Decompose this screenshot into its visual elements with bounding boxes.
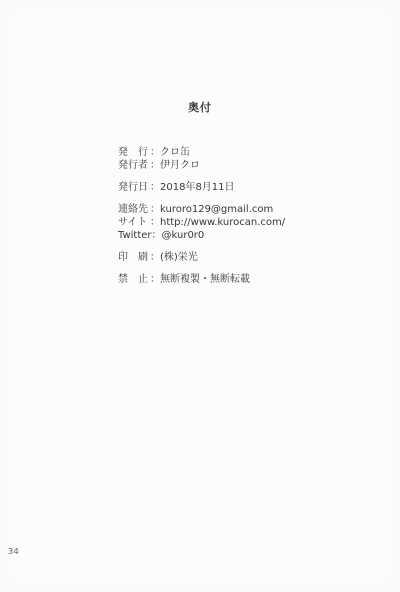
entry-label: サイト: [118, 216, 150, 229]
entry-label: 連絡先: [118, 203, 150, 216]
entry-value: 2018年8月11日: [160, 181, 235, 194]
entry-value: (株)栄光: [160, 251, 198, 264]
entry-separator: ：: [152, 229, 162, 242]
colophon-row-twitter: Twitter ： @kur0r0: [118, 229, 285, 242]
entry-value: クロ缶: [160, 146, 190, 159]
entry-separator: ：: [150, 203, 160, 216]
colophon-row-printer: 印 刷 ： (株)栄光: [118, 251, 285, 264]
colophon-row-publish-date: 発行日 ： 2018年8月11日: [118, 181, 285, 194]
entry-separator: ：: [150, 146, 160, 159]
entry-label: 発行者: [118, 159, 150, 172]
colophon-row-website: サイト ： http://www.kurocan.com/: [118, 216, 285, 229]
colophon-row-author: 発行者 ： 伊月クロ: [118, 159, 285, 172]
page-title: 奥付: [0, 99, 400, 115]
colophon-page: 奥付 発 行 ： クロ缶 発行者 ： 伊月クロ 発行日 ： 2018年8月11日…: [0, 0, 400, 592]
page-number: 34: [8, 547, 19, 556]
entry-value: 伊月クロ: [160, 159, 200, 172]
entry-separator: ：: [150, 251, 160, 264]
entry-value: kuroro129@gmail.com: [160, 203, 273, 216]
colophon-block: 発 行 ： クロ缶 発行者 ： 伊月クロ 発行日 ： 2018年8月11日 連絡…: [118, 146, 285, 286]
entry-value: http://www.kurocan.com/: [160, 216, 285, 229]
colophon-row-prohibition: 禁 止 ： 無断複製・無断転載: [118, 273, 285, 286]
colophon-row-contact-email: 連絡先 ： kuroro129@gmail.com: [118, 203, 285, 216]
entry-label: 発行日: [118, 181, 150, 194]
entry-label: Twitter: [118, 229, 152, 242]
entry-label: 禁 止: [118, 273, 150, 286]
entry-label: 印 刷: [118, 251, 150, 264]
entry-separator: ：: [150, 159, 160, 172]
entry-separator: ：: [150, 216, 160, 229]
entry-separator: ：: [150, 181, 160, 194]
entry-separator: ：: [150, 273, 160, 286]
colophon-row-publisher: 発 行 ： クロ缶: [118, 146, 285, 159]
entry-value: 無断複製・無断転載: [160, 273, 250, 286]
entry-label: 発 行: [118, 146, 150, 159]
entry-value: @kur0r0: [162, 229, 205, 242]
